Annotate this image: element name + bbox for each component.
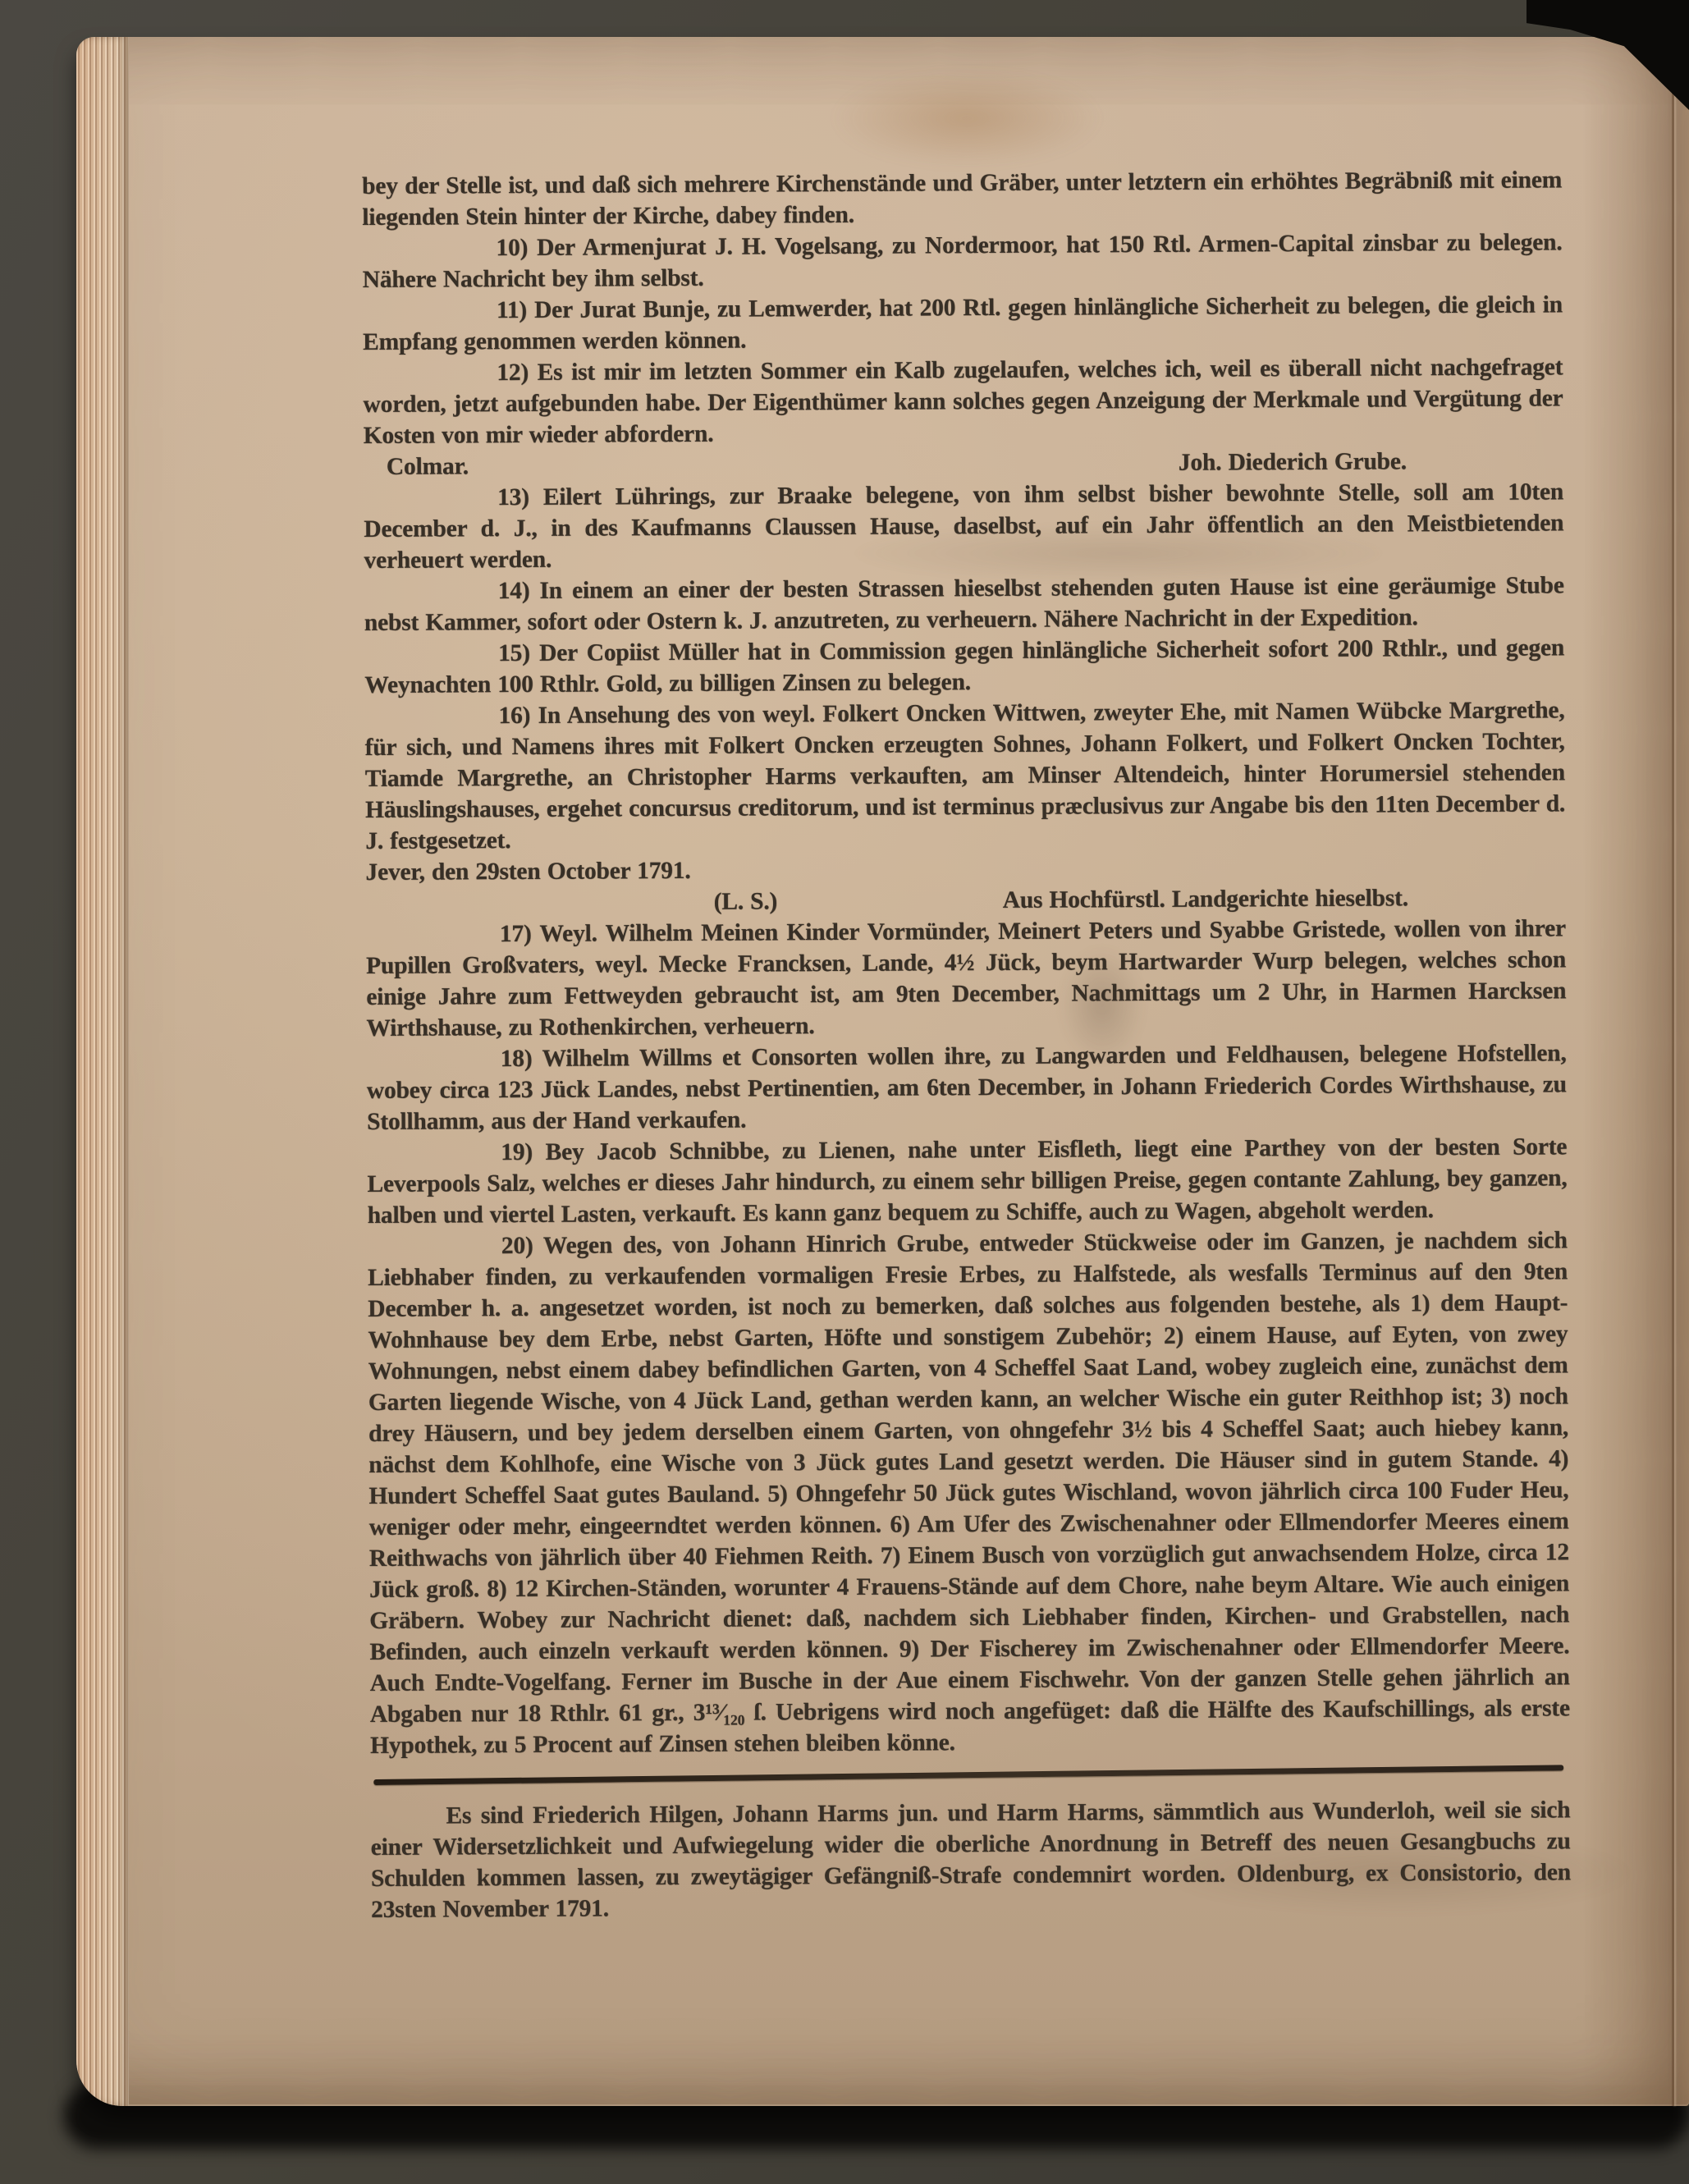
paper-stain [831,70,1102,167]
page-stack-edges [76,37,129,2106]
notice-item-17: 17) Weyl. Wilhelm Meinen Kinder Vormünde… [366,913,1567,1044]
notice-item-19: 19) Bey Jacob Schnibbe, zu Lienen, nahe … [367,1131,1568,1231]
notice-item-15: 15) Der Copiist Müller hat in Commission… [364,632,1564,701]
consistory-notice-paragraph: Es sind Friederich Hilgen, Johann Harms … [370,1794,1571,1925]
scanned-book-photograph: bey der Stelle ist, und daß sich mehrere… [0,0,1689,2184]
notice-item-18: 18) Wilhelm Willms et Consorten wollen i… [367,1037,1568,1138]
book-page: bey der Stelle ist, und daß sich mehrere… [76,37,1689,2106]
section-divider-rule [373,1765,1563,1785]
court-attribution: Aus Hochfürstl. Landgerichte hieselbst. [1003,882,1408,916]
notice-item-11: 11) Der Jurat Bunje, zu Lemwerder, hat 2… [363,289,1563,358]
notice-item-14: 14) In einem an einer der besten Strasse… [364,570,1564,639]
signature-place: Colmar. [387,451,469,483]
signature-row: Colmar. Joh. Diederich Grube. [364,445,1563,483]
notice-item-16: 16) In Ansehung des von weyl. Folkert On… [364,694,1565,857]
notice-item-10: 10) Der Armenjurat J. H. Vogelsang, zu N… [362,227,1562,295]
continuation-paragraph: bey der Stelle ist, und daß sich mehrere… [362,164,1562,233]
seal-row: (L. S.) Aus Hochfürstl. Landgerichte hie… [366,881,1566,919]
signature-name: Joh. Diederich Grube. [1179,446,1407,478]
notice-item-13: 13) Eilert Lührings, zur Braake belegene… [364,476,1564,576]
notice-item-20: 20) Wegen des, von Johann Hinrich Grube,… [368,1225,1570,1761]
notice-item-12: 12) Es ist mir im letzten Sommer ein Kal… [363,351,1563,451]
seal-mark: (L. S.) [714,886,778,917]
printed-text-block: bey der Stelle ist, und daß sich mehrere… [362,164,1571,1925]
binding-gutter-crease [1672,37,1674,2106]
